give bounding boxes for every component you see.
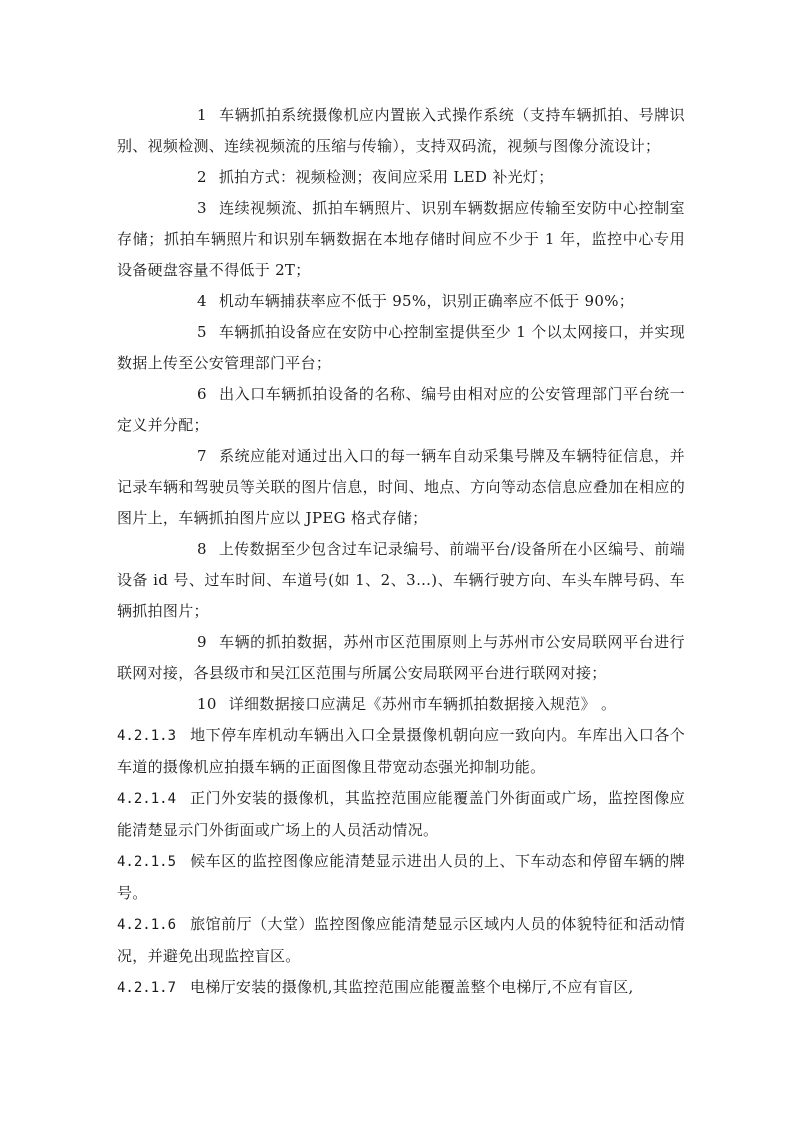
list-item-1: 1车辆抓拍系统摄像机应内置嵌入式操作系统（支持车辆抓拍、号牌识别、视频检测、连续… <box>117 100 685 162</box>
item-number: 2 <box>157 162 207 193</box>
item-text: 抓拍方式：视频检测；夜间应采用 LED 补光灯； <box>219 168 554 186</box>
list-item-5: 5车辆抓拍设备应在安防中心控制室提供至少 1 个以太网接口，并实现数据上传至公安… <box>117 317 685 379</box>
section-4-2-1-3: 4.2.1.3地下停车库机动车辆出入口全景摄像机朝向应一致向内。车库出入口各个车… <box>117 720 685 783</box>
item-number: 4 <box>157 286 207 317</box>
item-number: 5 <box>157 317 207 348</box>
section-number: 4.2.1.7 <box>117 973 176 1004</box>
item-number: 8 <box>157 534 207 565</box>
list-item-6: 6出入口车辆抓拍设备的名称、编号由相对应的公安管理部门平台统一定义并分配； <box>117 379 685 441</box>
list-item-8: 8上传数据至少包含过车记录编号、前端平台/设备所在小区编号、前端设备 id 号、… <box>117 534 685 627</box>
document-page: 1车辆抓拍系统摄像机应内置嵌入式操作系统（支持车辆抓拍、号牌识别、视频检测、连续… <box>117 100 685 1004</box>
section-number: 4.2.1.5 <box>117 847 176 878</box>
section-text: 正门外安装的摄像机，其监控范围应能覆盖门外街面或广场，监控图像应能清楚显示门外街… <box>117 789 685 839</box>
section-text: 地下停车库机动车辆出入口全景摄像机朝向应一致向内。车库出入口各个车道的摄像机应拍… <box>117 726 685 776</box>
section-4-2-1-6: 4.2.1.6旅馆前厅（大堂）监控图像应能清楚显示区域内人员的体貌特征和活动情况… <box>117 909 685 972</box>
item-number: 7 <box>157 441 207 472</box>
list-item-2: 2抓拍方式：视频检测；夜间应采用 LED 补光灯； <box>117 162 685 193</box>
list-item-7: 7系统应能对通过出入口的每一辆车自动采集号牌及车辆特征信息，并记录车辆和驾驶员等… <box>117 441 685 534</box>
item-number: 10 <box>157 689 217 720</box>
section-4-2-1-7: 4.2.1.7电梯厅安装的摄像机,其监控范围应能覆盖整个电梯厅,不应有盲区, <box>117 972 685 1004</box>
section-text: 电梯厅安装的摄像机,其监控范围应能覆盖整个电梯厅,不应有盲区, <box>190 978 634 996</box>
list-item-10: 10详细数据接口应满足《苏州市车辆抓拍数据接入规范》 。 <box>117 689 685 720</box>
section-number: 4.2.1.4 <box>117 784 176 815</box>
list-item-4: 4机动车辆捕获率应不低于 95%，识别正确率应不低于 90%； <box>117 286 685 317</box>
item-text: 详细数据接口应满足《苏州市车辆抓拍数据接入规范》 。 <box>229 695 617 713</box>
item-number: 9 <box>157 627 207 658</box>
section-text: 旅馆前厅（大堂）监控图像应能清楚显示区域内人员的体貌特征和活动情况，并避免出现监… <box>117 915 685 965</box>
item-number: 3 <box>157 193 207 224</box>
item-text: 机动车辆捕获率应不低于 95%，识别正确率应不低于 90%； <box>219 292 634 310</box>
section-number: 4.2.1.3 <box>117 721 176 752</box>
item-number: 1 <box>157 100 207 131</box>
section-4-2-1-5: 4.2.1.5候车区的监控图像应能清楚显示进出人员的上、下车动态和停留车辆的牌号… <box>117 846 685 909</box>
section-number: 4.2.1.6 <box>117 910 176 941</box>
item-number: 6 <box>157 379 207 410</box>
section-4-2-1-4: 4.2.1.4正门外安装的摄像机，其监控范围应能覆盖门外街面或广场，监控图像应能… <box>117 783 685 846</box>
list-item-9: 9车辆的抓拍数据，苏州市区范围原则上与苏州市公安局联网平台进行联网对接，各县级市… <box>117 627 685 689</box>
list-item-3: 3连续视频流、抓拍车辆照片、识别车辆数据应传输至安防中心控制室存储；抓拍车辆照片… <box>117 193 685 286</box>
section-text: 候车区的监控图像应能清楚显示进出人员的上、下车动态和停留车辆的牌号。 <box>117 852 685 902</box>
